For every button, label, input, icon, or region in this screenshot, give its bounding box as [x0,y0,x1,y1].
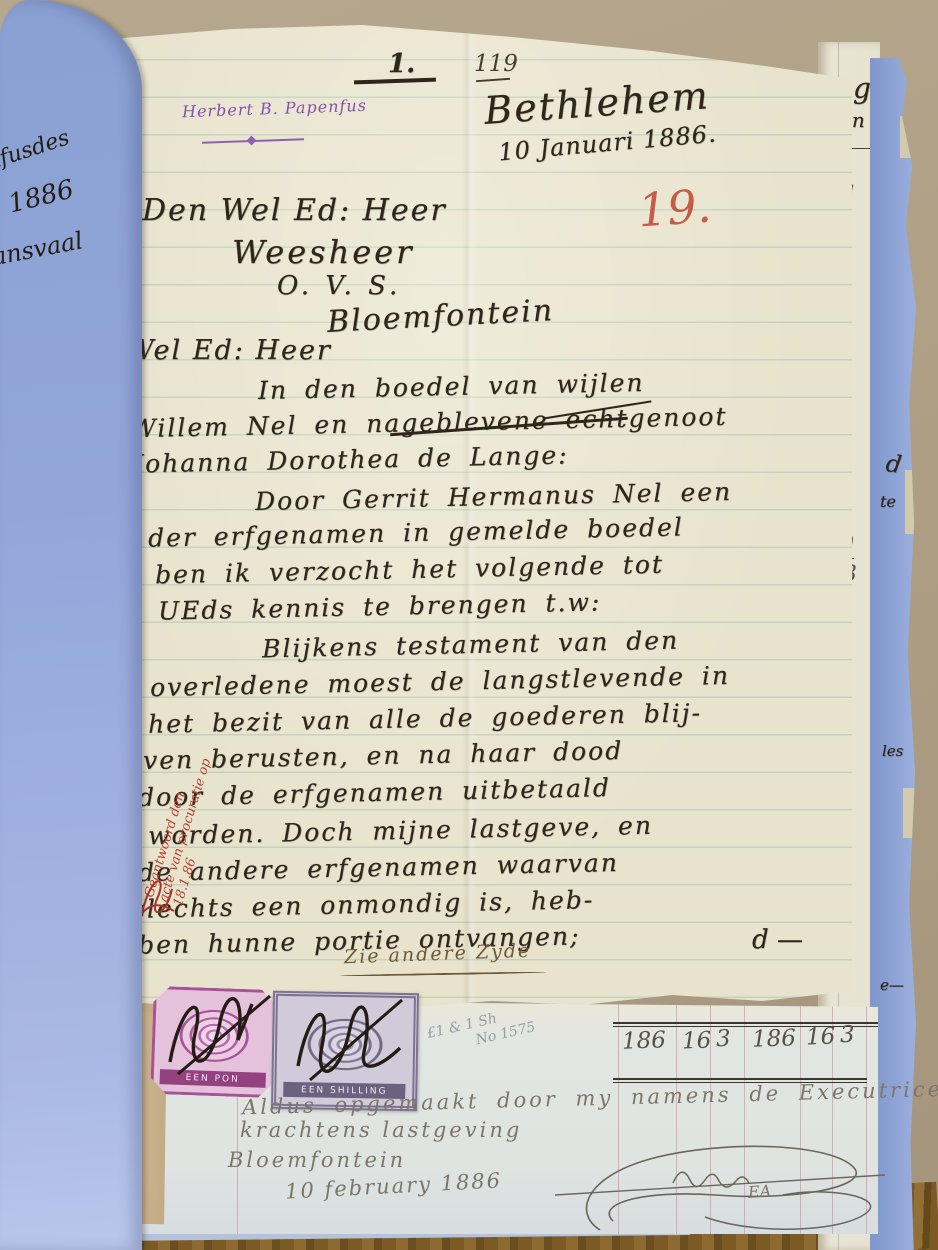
left-page-fragment: enfusdes [0,125,73,179]
ink-cancellation-scrawl [148,962,438,1112]
body-line: de andere erfgenamen waarvan [138,848,619,887]
filing-number-red: 19. [636,179,713,238]
amount-pence: 3 [840,1022,856,1048]
salutation: Wel Ed: Heer [126,335,332,366]
document-number-underline [354,78,436,85]
folio-underline [476,78,510,82]
left-page-fragment: 1886 [5,174,76,219]
amount-pence: 3 [716,1026,732,1052]
amount-pounds: 186 [752,1025,797,1053]
folio-number: 119 [474,51,518,77]
amount-shillings: 16 [806,1023,836,1050]
body-line: In den boedel van wijlen [258,368,645,405]
body-line: der erfgenamen in gemelde boedel [148,512,684,552]
edge-fragment: te [880,492,896,511]
signature-flourish [555,1125,885,1240]
closing-place: Bloemfontein [228,1148,406,1172]
amount-shillings: 16 [682,1027,712,1054]
stamp-flourish-rule [202,138,304,144]
body-line: worden. Doch mijne lastgeve, en [148,811,653,851]
archive-photo: ing en d 9 3 d te les e— 186 16 3 186 1 [0,0,938,1250]
body-line: ben ik verzocht het volgende tot [155,550,664,590]
body-line: Blijkens testament van den [262,626,680,664]
ownership-stamp-text: Herbert B. Papenfus [182,96,367,121]
letter-sheet: 1. 119 Herbert B. Papenfus Bethlehem 10 … [112,23,852,1013]
document-number: 1. [388,49,415,79]
signature-initials: EA [747,1181,772,1202]
body-line: Willem Nel en nageblevene echtgenoot [130,402,728,444]
address-line: O. V. S. [277,271,401,301]
address-line: Weesheer [232,233,414,271]
closing-line: krachtens lastgeving [240,1118,522,1142]
body-line: Door Gerrit Hermanus Nel een [255,477,733,516]
address-line: Den Wel Ed: Heer [142,193,447,228]
blue-cover-page: enfusdes 1886 ransvaal [0,0,142,1250]
catchword: d — [752,925,803,955]
body-line: UEds kennis te brengen t.w: [158,587,602,625]
edge-fragment: les [882,742,903,760]
edge-fragment: d [884,449,903,479]
amount-pounds: 186 [622,1027,667,1055]
edge-fragment: e— [880,976,904,994]
body-line: slechts een onmondig is, heb- [132,885,595,924]
left-page-fragment: ransvaal [0,226,85,273]
body-line: Johanna Dorothea de Lange: [133,440,569,478]
